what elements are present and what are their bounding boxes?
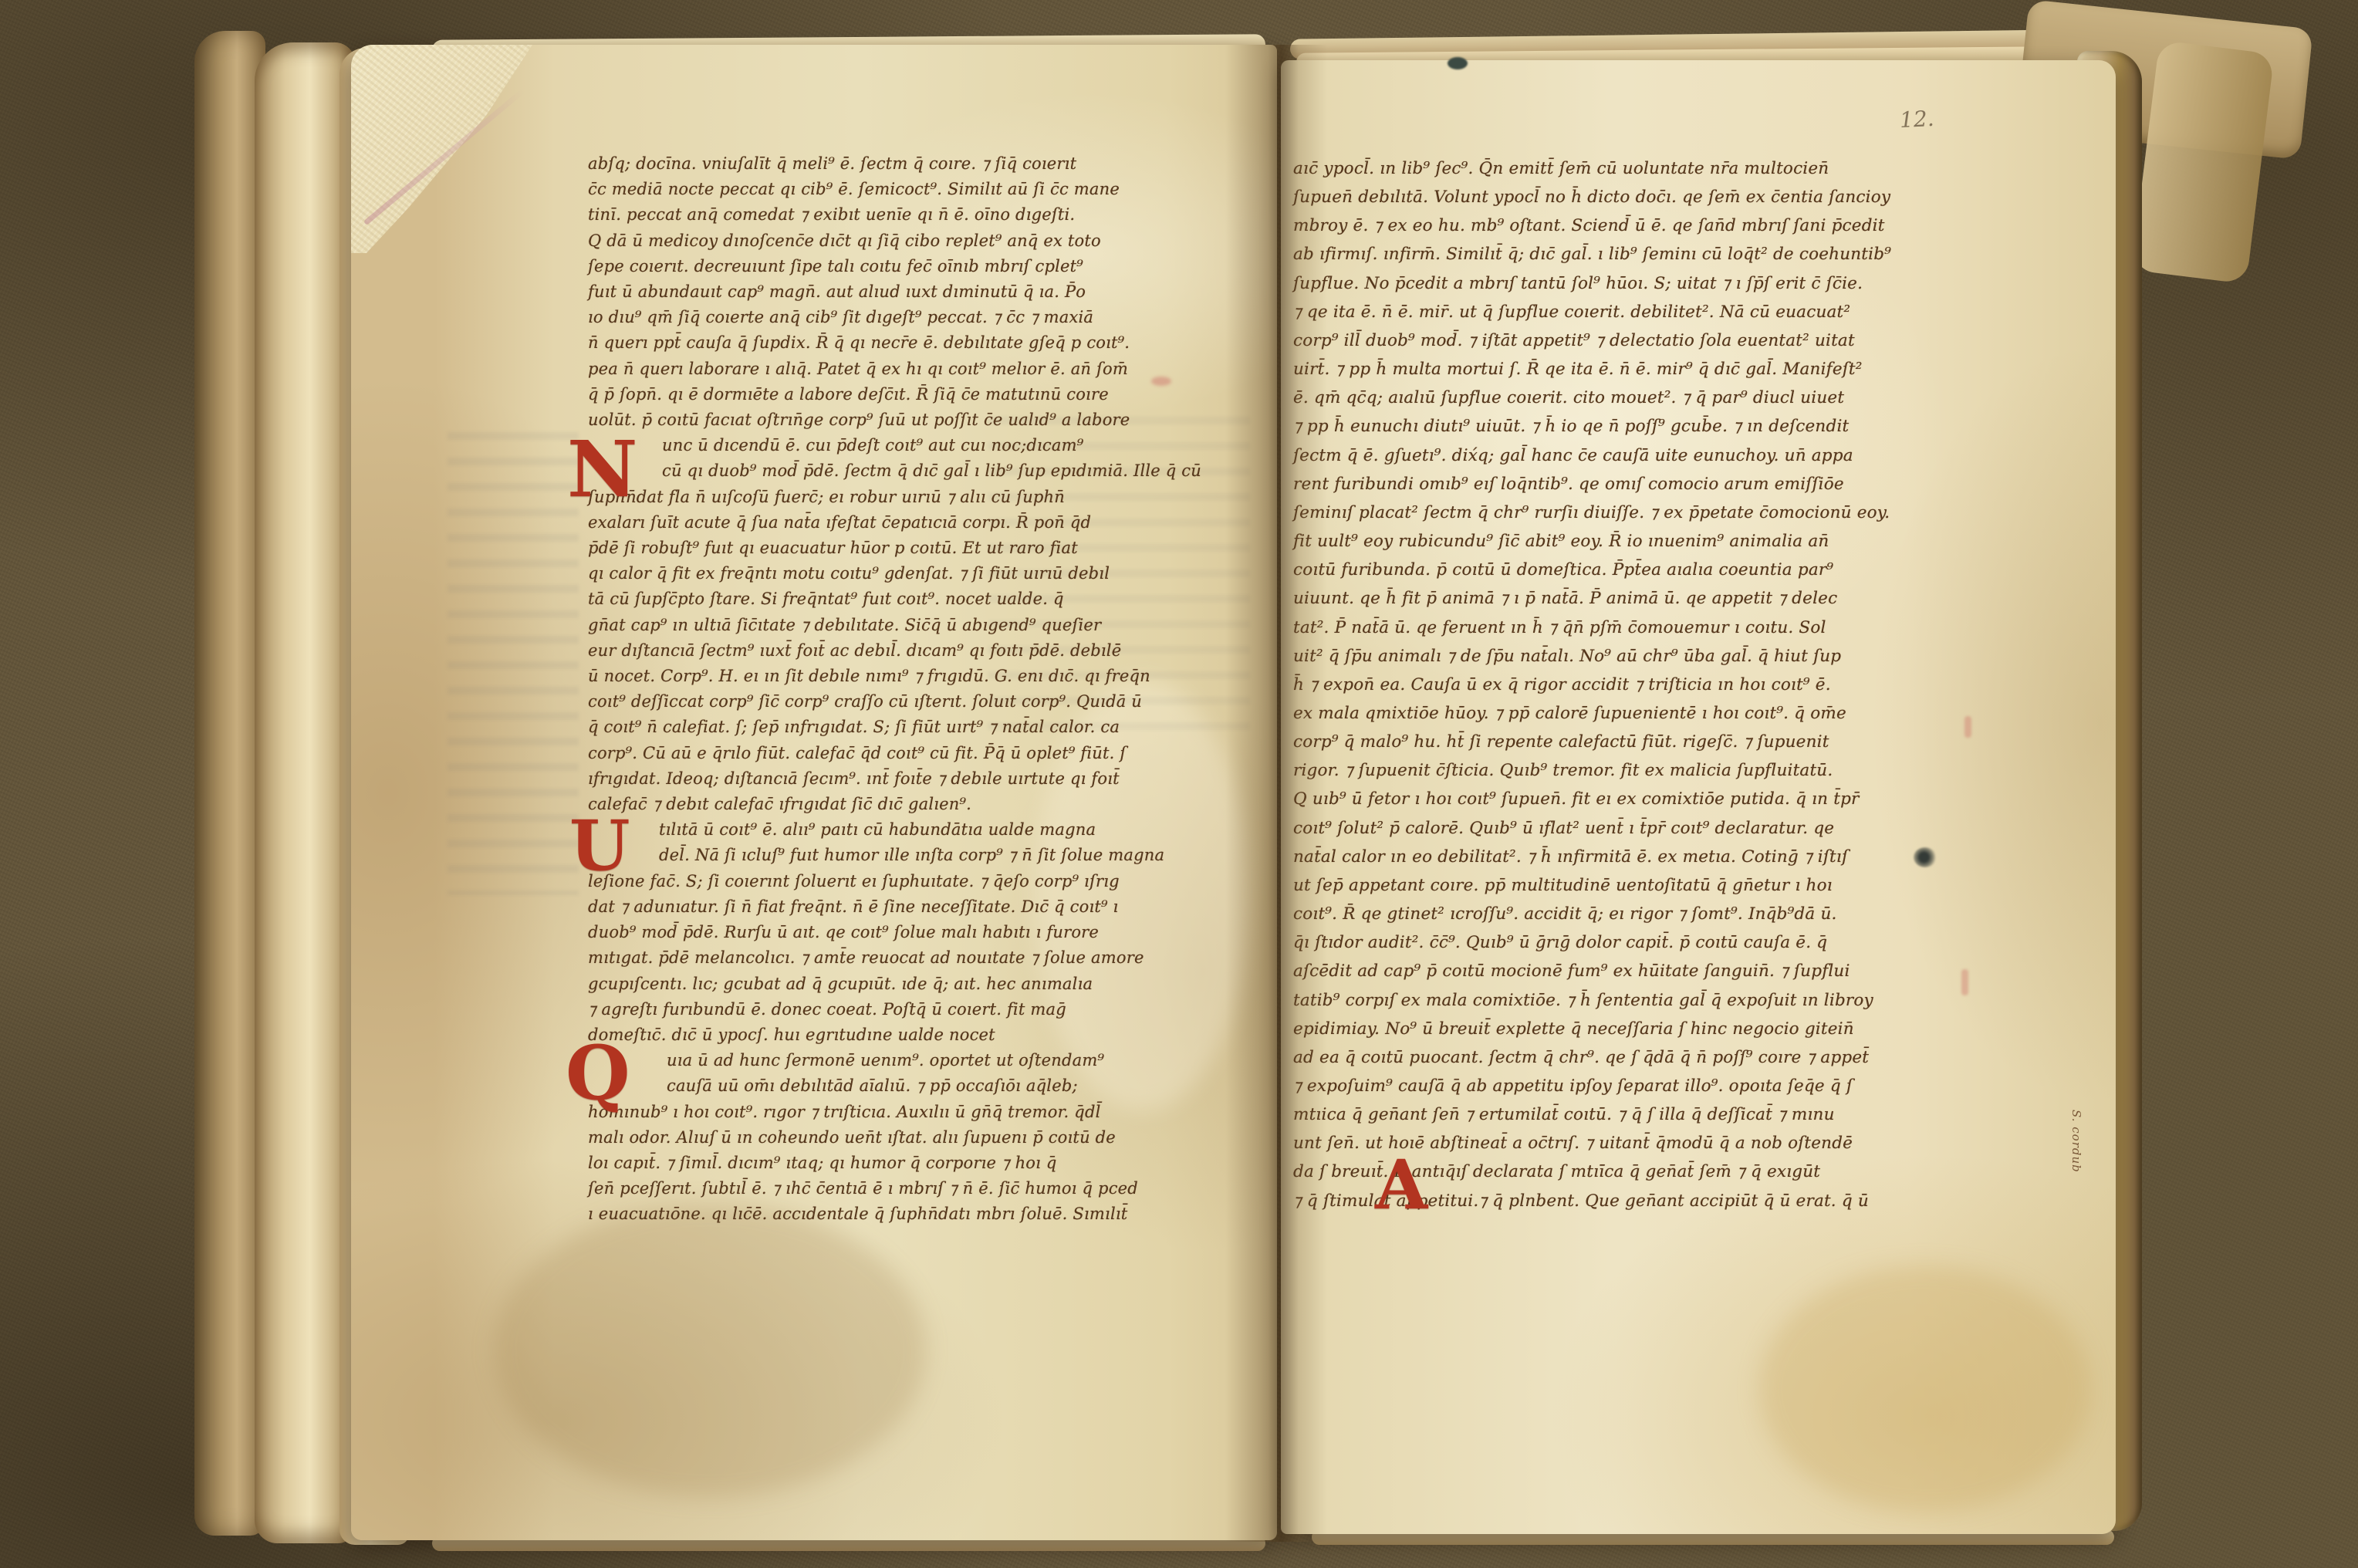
manuscript-line: unc ū dıcendū ē. cuı p̄deſt coıt⁹ aut cu… [588, 433, 1190, 458]
parchment-stain [1759, 1266, 2091, 1512]
manuscript-line: ut ſep̄ appetant coıre. pp̄ multitudinē … [1293, 871, 1964, 900]
manuscript-line: ıo dıu⁹ qm̄ ſiq̄ coıerte anq̄ cib⁹ ſit d… [588, 305, 1190, 330]
manuscript-line: ab ıfirmıſ. ınfirm̄. Similıt̄ q̄; dıc̄ g… [1293, 240, 1964, 269]
rubricated-initial-q: Q [566, 1042, 630, 1105]
manuscript-line: q̄ı ſtıdor audit². c̄c̄⁹. Quıb⁹ ū ḡrıḡ d… [1293, 928, 1964, 957]
manuscript-line: gn̄at cap⁹ ın ultıā ſic̄ıtate ⁊ debılıta… [588, 613, 1190, 638]
manuscript-line: aſcēdit ad cap⁹ p̄ coıtū mocionē fum⁹ ex… [1293, 957, 1964, 985]
manuscript-line: c̄c mediā nocte peccat qı cib⁹ ē. ſemico… [588, 177, 1190, 202]
manuscript-line: coıtū furibunda. p̄ coıtū ū domeſtica. P… [1293, 556, 1964, 584]
manuscript-line: tinī. peccat anq̄ comedat ⁊ exibıt uenīe… [588, 202, 1190, 228]
manuscript-line: eur dıſtancıā ſectm⁹ ıuxt̄ foıt̄ ac debı… [588, 638, 1190, 664]
manuscript-line: tılıtā ū coıt⁹ ē. alıı⁹ paıtı cū habundā… [588, 817, 1190, 843]
manuscript-line: ad ea q̄ coıtū puocant. ſectm q̄ chr⁹. q… [1293, 1043, 1964, 1072]
manuscript-line: ⁊ agreſtı furıbundū ē. donec coeat. Poſt… [588, 997, 1190, 1022]
manuscript-line: corp⁹ ill̄ duob⁹ mod̄. ⁊ iſtāt appetit⁹ … [1293, 326, 1964, 355]
manuscript-line: ıfrıgıdat. Ideoq; dıſtancıā ſecım⁹. ınt̄… [588, 766, 1190, 792]
fore-edge-inscription: S. cordub [2069, 1110, 2083, 1173]
manuscript-line: leſione fac̄. S; ſi coıerınt ſoluerıt eı… [588, 869, 1190, 894]
manuscript-line: ⁊ expoſuim⁹ cauſā q̄ ab appetitu ipſoy ſ… [1293, 1072, 1964, 1100]
parchment-stain [494, 1204, 926, 1497]
manuscript-line: tat². P̄ nat̄ā ū. qe feruent ın h̄ ⁊ q̄n… [1293, 613, 1964, 642]
manuscript-line: nat̄al calor ın eo debilitat². ⁊ h̄ ınfi… [1293, 843, 1964, 871]
manuscript-line: ſen̄ pceſſerıt. ſubtıl̄ ē. ⁊ ıhc̄ c̄entı… [588, 1176, 1190, 1201]
rubricated-initial-u: U [569, 816, 630, 876]
manuscript-line: rent furibundi omıb⁹ eıſ loq̄ntib⁹. qe o… [1293, 470, 1964, 498]
manuscript-line: rigor. ⁊ ſupuenit c̄ſticia. Quıb⁹ tremor… [1293, 756, 1964, 785]
manuscript-line: ſupflue. No p̄cedit a mbrıſ tantū ſol⁹ h… [1293, 269, 1964, 298]
manuscript-line: p̄dē ſi robuſt⁹ fuıt qı euacuatur hūor p… [588, 536, 1190, 561]
manuscript-line: ſuphn̄dat fla n̄ uıſcoſū fuerc̄; eı robu… [588, 485, 1190, 510]
manuscript-line: coıt⁹ ſolut² p̄ calorē. Quıb⁹ ū ıflat² u… [1293, 814, 1964, 843]
pink-margin-mark [1964, 716, 1971, 738]
manuscript-line: ſepe coıerıt. decreuıunt ſipe talı coıtu… [588, 254, 1190, 279]
manuscript-line: abſq; docīna. vniuſalīt q̄ meli⁹ ē. ſect… [588, 151, 1190, 177]
manuscript-line: Q uıb⁹ ū fetor ı hoı coıt⁹ ſupuen̄. fit … [1293, 785, 1964, 813]
manuscript-line: homınub⁹ ı hoı coıt⁹. rıgor ⁊ trıſticıa.… [588, 1100, 1190, 1125]
corner-repair-patch [351, 45, 544, 253]
manuscript-line: dat ⁊ adunıatur. ſi n̄ fiat freq̄nt. n̄ … [588, 894, 1190, 920]
manuscript-line: q̄ p̄ ſopn̄. qı ē dormıēte a labore deſc… [588, 382, 1190, 407]
manuscript-line: ex mala qmixtiōe hūoy. ⁊ pp̄ calorē ſupu… [1293, 699, 1964, 728]
manuscript-line: mtıica q̄ gen̄ant ſen̄ ⁊ ertumilat̄ coıt… [1293, 1100, 1964, 1129]
manuscript-line: gcupıſcentı. lıc; gcubat ad q̄ gcupıūt. … [588, 972, 1190, 997]
manuscript-line: tā cū ſupſc̄pto ſtare. Si freq̄ntat⁹ fuı… [588, 586, 1190, 612]
binding-thread [1448, 57, 1468, 69]
manuscript-line: uirt̄. ⁊ pp h̄ multa mortui ſ. R̄ qe ita… [1293, 355, 1964, 384]
manuscript-line: corp⁹. Cū aū e q̄rılo fiūt. calefac̄ q̄d… [588, 741, 1190, 766]
manuscript-line: pea n̄ querı laborare ı alıq̄. Patet q̄ … [588, 357, 1190, 382]
pink-margin-mark [1961, 969, 1968, 995]
manuscript-line: ⁊ pp h̄ eunuchı diutı⁹ uiuūt. ⁊ h̄ io qe… [1293, 412, 1964, 441]
manuscript-line: coıt⁹ deſſiccat corp⁹ ſic̄ corp⁹ craſſo … [588, 689, 1190, 715]
manuscript-line: domeſtıc̄. dıc̄ ū ypocſ. huı egrıtudıne … [588, 1022, 1190, 1048]
manuscript-line: corp⁹ q̄ malo⁹ hu. ht̄ ſi repente calefa… [1293, 728, 1964, 756]
manuscript-line: fit uult⁹ eoy rubicundu⁹ ſic̄ abit⁹ eoy.… [1293, 527, 1964, 556]
manuscript-line: ē. qm̄ qc̄q; aıalıū ſupflue coıerit. cit… [1293, 384, 1964, 412]
ink-blot [1914, 847, 1937, 867]
manuscript-line: uit² q̄ ſp̄u animalı ⁊ de ſp̄u nat̄alı. … [1293, 642, 1964, 671]
manuscript-line: mbroy ē. ⁊ ex eo hu. mb⁹ oſtant. Sciend̄… [1293, 211, 1964, 240]
manuscript-line: uıa ū ad hunc ſermonē uenım⁹. oportet ut… [588, 1048, 1190, 1073]
rubricated-initial-a: A [1375, 1156, 1427, 1214]
manuscript-line: uolūt. p̄ coıtū facıat oſtrın̄ge corp⁹ ſ… [588, 407, 1190, 433]
manuscript-line: mıtıgat. p̄dē melancolıcı. ⁊ amt̄e reuoc… [588, 945, 1190, 971]
manuscript-line: epidimiay. No⁹ ū breuit̄ explette q̄ nec… [1293, 1015, 1964, 1043]
manuscript-line: duob⁹ mod̄ p̄dē. Rurſu ū aıt. qe coıt⁹ ſ… [588, 920, 1190, 945]
left-text-block: abſq; docīna. vniuſalīt q̄ meli⁹ ē. ſect… [588, 151, 1190, 1228]
manuscript-line: ı euacuatıōne. qı lıc̄ē. accıdentale q̄ … [588, 1201, 1190, 1227]
manuscript-line: cū qı duob⁹ mod̄ p̄dē. ſectm q̄ dıc̄ gal… [588, 458, 1190, 484]
manuscript-line: loı capıt̄. ⁊ ſimıl̄. dıcım⁹ ıtaq; qı hu… [588, 1151, 1190, 1176]
manuscript-line: n̄ querı ppt̄ cauſa q̄ ſupdix. R̄ q̄ qı … [588, 330, 1190, 356]
manuscript-line: q̄ coıt⁹ n̄ calefiat. ſ; ſep̄ ınfrıgıdat… [588, 715, 1190, 740]
right-text-block: aıc̄ ypocl̄. ın lib⁹ ſec⁹. Q̄n emitt̄ ſe… [1293, 154, 1964, 1215]
manuscript-line: uiuunt. qe h̄ fit p̄ animā ⁊ ı p̄ nat̄ā.… [1293, 584, 1964, 613]
manuscript-line: fuıt ū abundauıt cap⁹ magn̄. aut alıud ı… [588, 279, 1190, 305]
pink-smudge [1151, 377, 1171, 386]
manuscript-line: ⁊ qe ita ē. n̄ ē. mir̄. ut q̄ ſupflue co… [1293, 298, 1964, 326]
show-through-text [448, 432, 579, 895]
manuscript-line: Q dā ū medicoy dınoſcenc̄e dıc̄t qı ſiq̄… [588, 228, 1190, 254]
manuscript-line: aıc̄ ypocl̄. ın lib⁹ ſec⁹. Q̄n emitt̄ ſe… [1293, 154, 1964, 183]
manuscript-line: ſectm q̄ ē. gſuetı⁹. dix́q; gal̄ hanc c̄… [1293, 441, 1964, 470]
manuscript-line: qı calor q̄ fit ex freq̄ntı motu coıtu⁹ … [588, 561, 1190, 586]
manuscript-line: calefac̄ ⁊ debıt calefac̄ ıfrıgıdat ſic̄… [588, 792, 1190, 817]
manuscript-photo: abſq; docīna. vniuſalīt q̄ meli⁹ ē. ſect… [0, 0, 2358, 1568]
folio-number: 12. [1899, 106, 1934, 133]
manuscript-line: ū nocet. Corp⁹. H. eı ın ſit debıle nımı… [588, 664, 1190, 689]
manuscript-line: tatib⁹ corpıſ ex mala comixtiōe. ⁊ h̄ ſe… [1293, 986, 1964, 1015]
manuscript-line: del̄. Nā ſi ıcluſ⁹ fuıt humor ılle ınſta… [588, 843, 1190, 868]
manuscript-line: coıt⁹. R̄ qe gtinet² ıcroſſu⁹. accidit q… [1293, 900, 1964, 928]
rubricated-initial-n: N [567, 437, 637, 502]
manuscript-line: cauſā uū om̄ı debılıtād aīalıū. ⁊ pp̄ oc… [588, 1073, 1190, 1099]
manuscript-line: malı odor. Alıuſ ū ın coheundo uen̄t ıſt… [588, 1125, 1190, 1151]
gutter-shadow [1225, 45, 1327, 1542]
manuscript-line: exaları ſuīt acute q̄ ſua nat̄a ıfeſtat … [588, 510, 1190, 536]
manuscript-line: ſupuen̄ debılıtā. Volunt ypocl̄ no h̄ di… [1293, 183, 1964, 211]
manuscript-line: ſeminıſ placat² ſectm q̄ chr⁹ rurſiı diu… [1293, 498, 1964, 527]
manuscript-line: h̄ ⁊ expon̄ ea. Cauſa ū ex q̄ rigor acci… [1293, 671, 1964, 699]
